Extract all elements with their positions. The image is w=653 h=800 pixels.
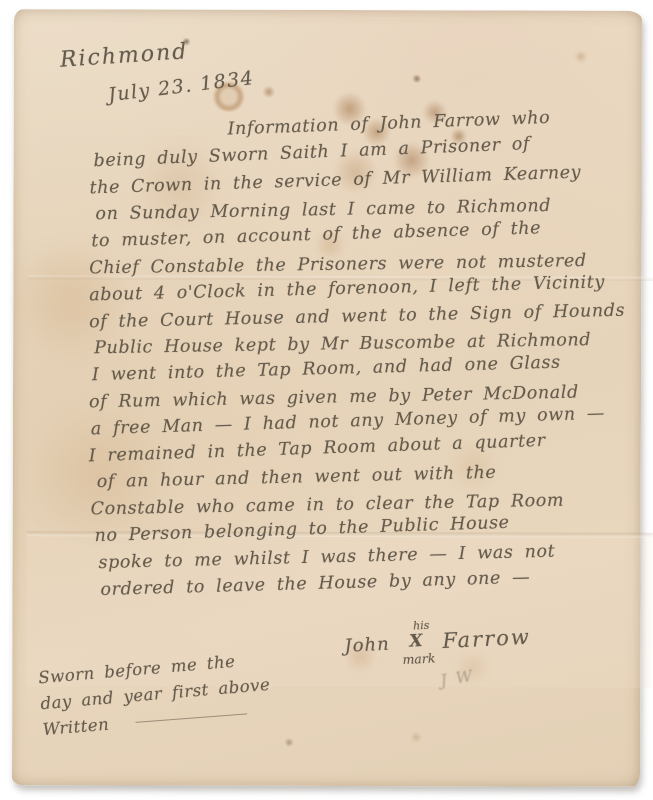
- signature-mark-stack: his X mark: [399, 621, 434, 665]
- manuscript-paper: Richmond July 23. 1834 Information of Jo…: [12, 9, 642, 787]
- signature-x-mark: X: [409, 633, 423, 651]
- attestation-written-word: Written: [42, 715, 110, 740]
- date-line: July 23. 1834: [107, 67, 255, 106]
- place-line: Richmond: [59, 39, 189, 73]
- foxing-stain: [412, 74, 422, 83]
- foxing-stain: [410, 732, 422, 742]
- signature-row: John his X mark Farrow: [343, 616, 531, 668]
- signature-last-name: Farrow: [442, 625, 531, 653]
- flourish-underline: [135, 713, 247, 722]
- attestation-block: Sworn before me the day and year first a…: [37, 646, 273, 743]
- foxing-stain: [284, 738, 294, 747]
- foxing-stain: [262, 86, 276, 98]
- signature-his-label: his: [413, 620, 430, 632]
- signature-first-name: John: [344, 633, 390, 656]
- signature-mark-label: mark: [402, 652, 435, 666]
- foxing-stain: [574, 51, 588, 63]
- witness-initials: J W: [439, 666, 475, 690]
- deposition-body: Information of John Farrow who being dul…: [88, 121, 617, 605]
- signature-block: John his X mark Farrow: [343, 616, 531, 668]
